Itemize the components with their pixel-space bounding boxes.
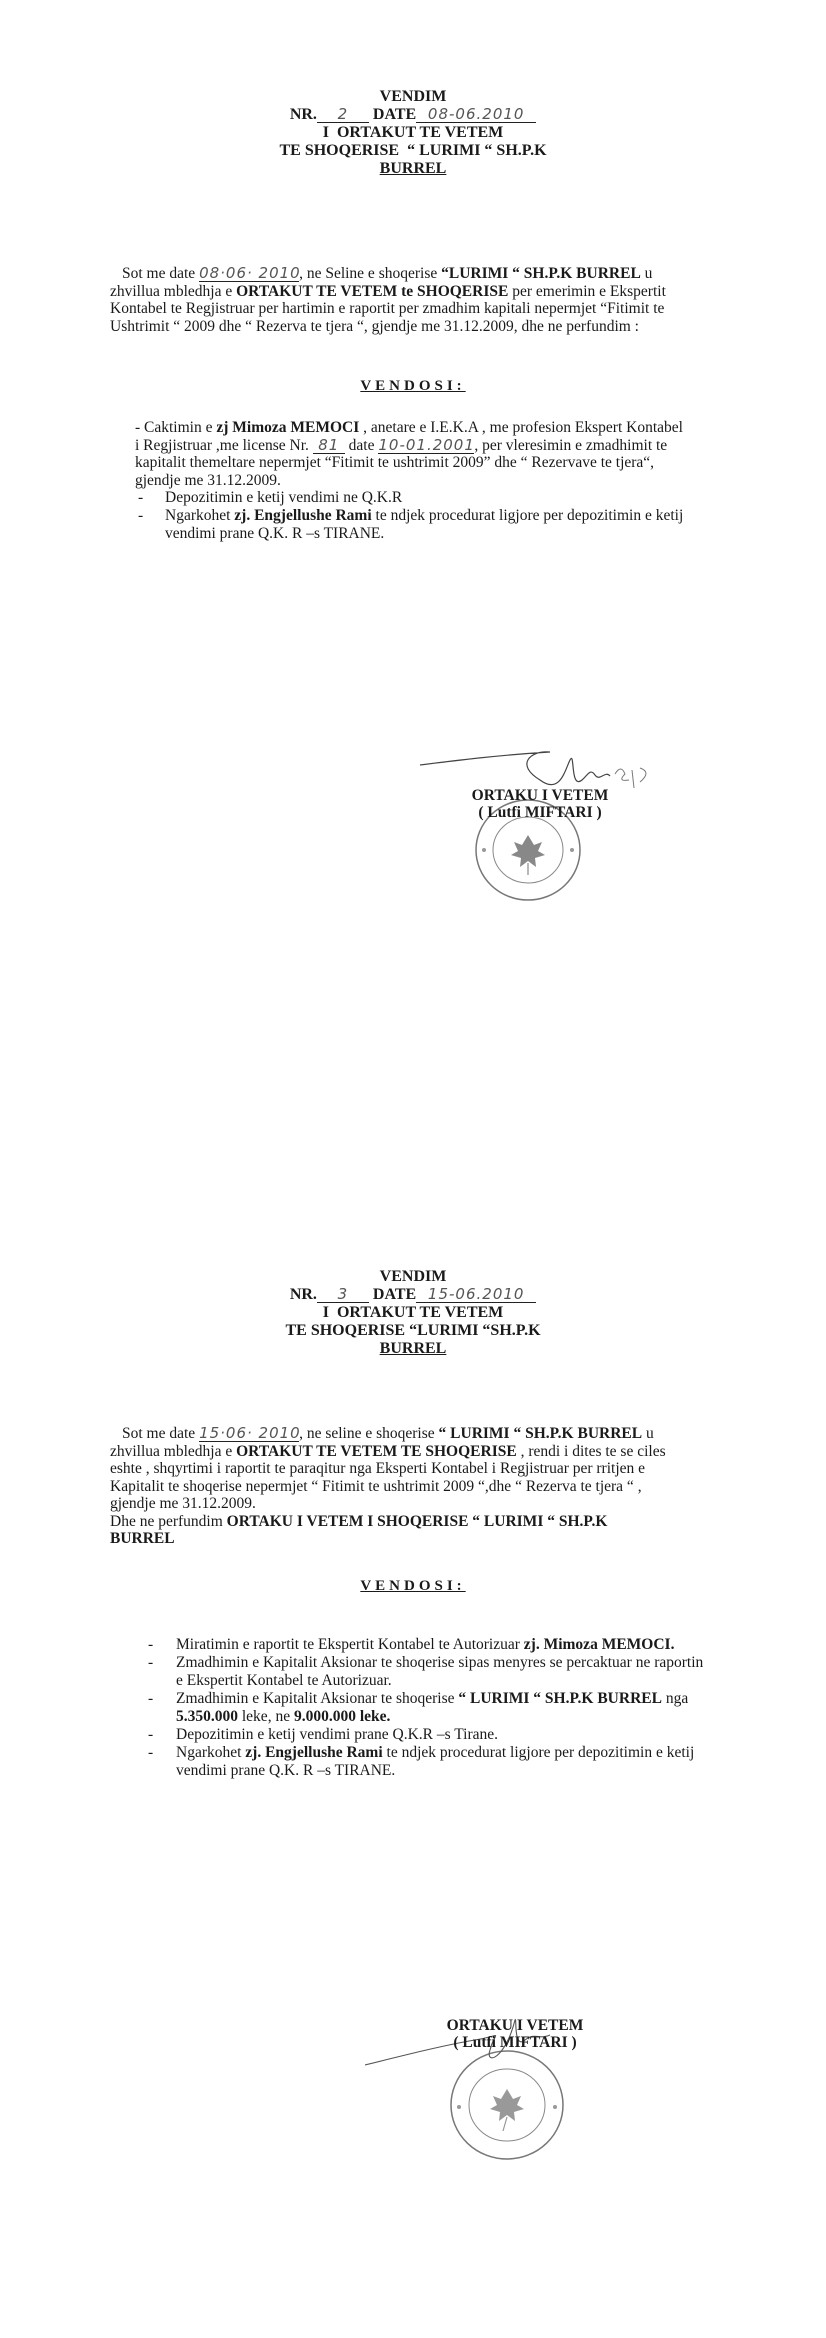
date-value: 15-06.2010 xyxy=(416,1287,536,1303)
item-text: Ngarkohet xyxy=(165,507,234,524)
item-text: gjendje me 31.12.2009. xyxy=(135,472,683,490)
intro-text: per emerimin e Ekspertit xyxy=(508,283,666,300)
capital-to: 9.000.000 leke. xyxy=(294,1708,390,1725)
decision-item-2: Zmadhimin e Kapitalit Aksionar te shoqer… xyxy=(176,1654,703,1689)
item-text: Zmadhimin e Kapitalit Aksionar te shoqer… xyxy=(176,1690,458,1707)
decision-heading: VENDOSI: xyxy=(0,1578,826,1595)
bullet-dash: - xyxy=(148,1744,153,1762)
date-label: DATE xyxy=(373,1286,416,1303)
intro-text: eshte , shqyrtimi i raportit te paraqitu… xyxy=(110,1460,666,1478)
signatory-block: ORTAKU I VETEM ( Lutfi MIFTARI ) xyxy=(470,787,610,821)
intro-bold: ORTAKUT TE VETEM te SHOQERISE xyxy=(236,283,508,300)
intro-text: , ne seline e shoqerise xyxy=(299,1425,438,1442)
responsible-person: zj. Engjellushe Rami xyxy=(245,1744,382,1761)
decision-heading: VENDOSI: xyxy=(0,378,826,395)
bullet-dash: - xyxy=(148,1690,153,1708)
header-line-4: TE SHOQERISE “ LURIMI “ SH.P.K xyxy=(0,142,826,160)
bullet-dash: - xyxy=(148,1654,153,1672)
intro-text: zhvillua mbledhja e xyxy=(110,283,236,300)
item-text: kapitalit themeltare nepermjet “Fitimit … xyxy=(135,454,683,472)
intro-text: , ne Seline e shoqerise xyxy=(299,265,441,282)
signatory-title: ORTAKU I VETEM xyxy=(440,2017,590,2034)
header-city: BURREL xyxy=(0,160,826,178)
item-text: Zmadhimin e Kapitalit Aksionar te shoqer… xyxy=(176,1654,703,1672)
intro-paragraph: Sot me date 15·06· 2010, ne seline e sho… xyxy=(110,1425,666,1548)
date-label: DATE xyxy=(373,106,416,123)
intro-text: Kontabel te Regjistruar per hartimin e r… xyxy=(110,300,666,318)
expert-name: zj. Mimoza MEMOCI. xyxy=(524,1636,675,1653)
signatory-name: ( Lutfi MIFTARI ) xyxy=(440,2034,590,2051)
signatory-block: ORTAKU I VETEM ( Lutfi MIFTARI ) xyxy=(440,2017,590,2051)
intro-bold: BURREL xyxy=(110,1530,175,1547)
decision-item-5: Ngarkohet zj. Engjellushe Rami te ndjek … xyxy=(176,1744,694,1779)
document-header: VENDIM NR.2 DATE08-06.2010 I ORTAKUT TE … xyxy=(0,88,826,178)
date-value: 08-06.2010 xyxy=(416,107,536,123)
header-line-3: I ORTAKUT TE VETEM xyxy=(0,1304,826,1322)
intro-bold: ORTAKU I VETEM I SHOQERISE “ LURIMI “ SH… xyxy=(227,1513,608,1530)
item-text: nga xyxy=(662,1690,688,1707)
header-line-4: TE SHOQERISE “LURIMI “SH.P.K xyxy=(0,1322,826,1340)
item-text: te ndjek procedurat ligjore per depoziti… xyxy=(372,507,684,524)
signatory-name: ( Lutfi MIFTARI ) xyxy=(470,804,610,821)
intro-text: Sot me date xyxy=(122,1425,199,1442)
header-city: BURREL xyxy=(0,1340,826,1358)
item-text: vendimi prane Q.K. R –s TIRANE. xyxy=(165,525,683,543)
responsible-person: zj. Engjellushe Rami xyxy=(234,507,371,524)
decision-item-2: Depozitimin e ketij vendimi ne Q.K.R xyxy=(165,489,402,507)
expert-name: zj Mimoza MEMOCI xyxy=(216,419,359,436)
number-date-line: NR.2 DATE08-06.2010 xyxy=(0,106,826,124)
capital-from: 5.350.000 xyxy=(176,1708,238,1725)
nr-label: NR. xyxy=(290,106,317,123)
decision-item-3: Ngarkohet zj. Engjellushe Rami te ndjek … xyxy=(165,507,683,542)
nr-label: NR. xyxy=(290,1286,317,1303)
license-number: 81 xyxy=(313,438,345,454)
item-text: date xyxy=(345,437,379,454)
number-date-line: NR.3 DATE15-06.2010 xyxy=(0,1286,826,1304)
item-text: Ngarkohet xyxy=(176,1744,245,1761)
intro-text: zhvillua mbledhja e xyxy=(110,1443,236,1460)
bullet-dash: - xyxy=(148,1636,153,1654)
company-name: “ LURIMI “ SH.P.K BURREL xyxy=(458,1690,662,1707)
document-header: VENDIM NR.3 DATE15-06.2010 I ORTAKUT TE … xyxy=(0,1268,826,1358)
intro-text: Sot me date xyxy=(122,265,199,282)
intro-bold: ORTAKUT TE VETEM TE SHOQERISE xyxy=(236,1443,517,1460)
meeting-date: 15·06· 2010 xyxy=(199,1426,299,1442)
item-text: , per vleresimin e zmadhimit te xyxy=(474,437,667,454)
intro-text: gjendje me 31.12.2009. xyxy=(110,1495,666,1513)
meeting-date: 08·06· 2010 xyxy=(199,266,299,282)
decision-item-1: - Caktimin e zj Mimoza MEMOCI , anetare … xyxy=(135,419,683,489)
intro-text: Kapitalit te shoqerise nepermjet “ Fitim… xyxy=(110,1478,666,1496)
intro-text: u xyxy=(642,1425,654,1442)
company-name: “LURIMI “ SH.P.K BURREL xyxy=(441,265,641,282)
decision-item-1: Miratimin e raportit te Ekspertit Kontab… xyxy=(176,1636,674,1654)
license-date: 10-01.2001 xyxy=(378,438,474,454)
bullet-dash: - xyxy=(148,1726,153,1744)
item-text: vendimi prane Q.K. R –s TIRANE. xyxy=(176,1762,694,1780)
intro-text: Dhe ne perfundim xyxy=(110,1513,227,1530)
document-title: VENDIM xyxy=(0,88,826,106)
intro-text: , rendi i dites te se ciles xyxy=(517,1443,666,1460)
intro-paragraph: Sot me date 08·06· 2010, ne Seline e sho… xyxy=(110,265,666,335)
item-text: Miratimin e raportit te Ekspertit Kontab… xyxy=(176,1636,524,1653)
item-text: te ndjek procedurat ligjore per depoziti… xyxy=(383,1744,695,1761)
nr-value: 3 xyxy=(317,1287,369,1303)
decision-item-4: Depozitimin e ketij vendimi prane Q.K.R … xyxy=(176,1726,498,1744)
item-text: leke, ne xyxy=(238,1708,294,1725)
item-text: i Regjistruar ,me license Nr. xyxy=(135,437,313,454)
intro-text: Ushtrimit “ 2009 dhe “ Rezerva te tjera … xyxy=(110,318,666,336)
bullet-dash: - xyxy=(138,489,143,507)
company-name: “ LURIMI “ SH.P.K BURREL xyxy=(439,1425,643,1442)
intro-text: u xyxy=(641,265,653,282)
item-text: - Caktimin e xyxy=(135,419,216,436)
bullet-dash: - xyxy=(138,507,143,525)
header-line-3: I ORTAKUT TE VETEM xyxy=(0,124,826,142)
item-text: , anetare e I.E.K.A , me profesion Ekspe… xyxy=(359,419,683,436)
document-title: VENDIM xyxy=(0,1268,826,1286)
decision-item-3: Zmadhimin e Kapitalit Aksionar te shoqer… xyxy=(176,1690,688,1725)
item-text: e Ekspertit Kontabel te Autorizuar. xyxy=(176,1672,703,1690)
nr-value: 2 xyxy=(317,107,369,123)
signatory-title: ORTAKU I VETEM xyxy=(470,787,610,804)
